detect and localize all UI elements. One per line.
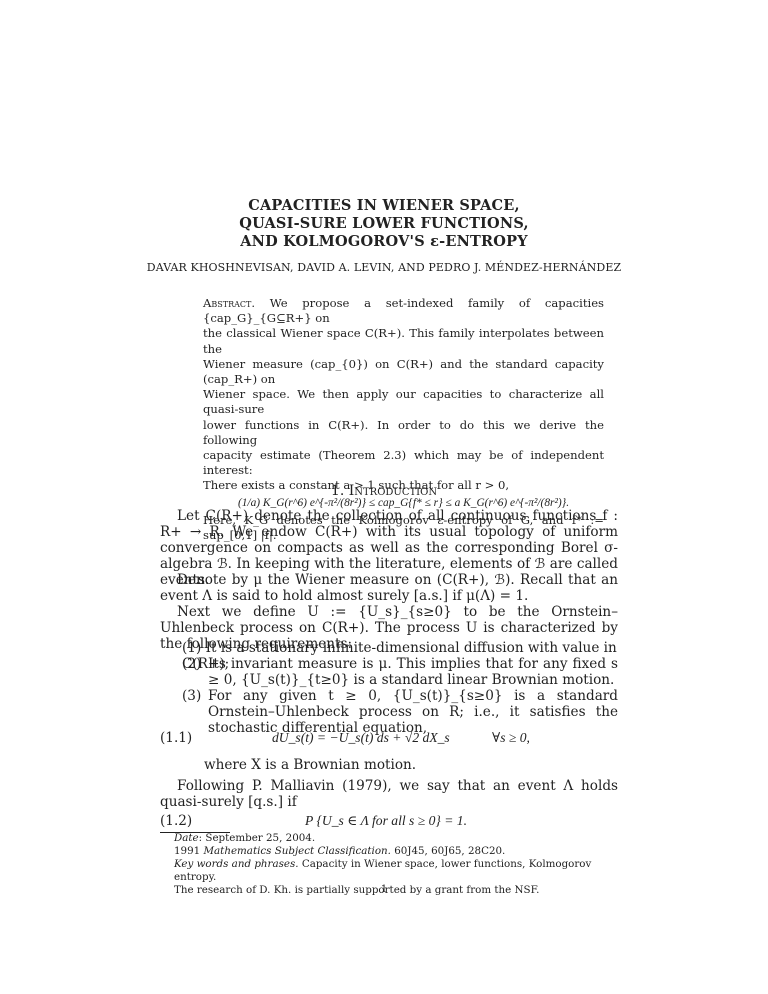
list-item-number: (3) — [182, 688, 208, 736]
footnote-msc-value: 60J45, 60J65, 28C20. — [394, 845, 505, 857]
list-item-number: (1) — [182, 640, 201, 656]
equation-1-1-label: (1.1) — [160, 730, 192, 746]
paragraph-2: Denote by μ the Wiener measure on (C(R+)… — [160, 572, 618, 604]
footnote-msc: 1991 Mathematics Subject Classification.… — [174, 845, 618, 858]
footnote-keywords-label: Key words and phrases. — [174, 858, 299, 870]
after-equation-text: where X is a Brownian motion. — [204, 757, 604, 773]
abstract-line: lower functions in C(R+). In order to do… — [203, 418, 604, 448]
equation-1-1-condition: ∀s ≥ 0, — [492, 730, 530, 746]
footnote-date-label: Date — [174, 832, 199, 844]
list-item-3: (3) For any given t ≥ 0, {U_s(t)}_{s≥0} … — [182, 688, 618, 736]
paper-title-line-2: QUASI-SURE LOWER FUNCTIONS, — [0, 215, 768, 233]
page-number: 1 — [0, 884, 768, 895]
footnote-date: Date: September 25, 2004. — [174, 832, 618, 845]
footnote-date-value: September 25, 2004. — [205, 832, 315, 844]
abstract-line: Wiener measure (cap_{0}) on C(R+) and th… — [203, 357, 604, 387]
equation-1-2-label: (1.2) — [160, 813, 192, 829]
section-number: 1. — [331, 483, 344, 499]
paper-title-line-1: CAPACITIES IN WIENER SPACE, — [0, 197, 768, 215]
section-heading: 1. Introduction — [0, 483, 768, 499]
footnote-msc-label: Mathematics Subject Classification. — [204, 845, 391, 857]
footnote-msc-year: 1991 — [174, 845, 200, 857]
list-item-2: (2) Its invariant measure is μ. This imp… — [182, 656, 618, 688]
list-item-text: For any given t ≥ 0, {U_s(t)}_{s≥0} is a… — [208, 688, 618, 736]
abstract-line: Abstract. We propose a set-indexed famil… — [203, 296, 604, 326]
paper-title-line-3: AND KOLMOGOROV'S ε-ENTROPY — [0, 233, 768, 251]
equation-1-1: dU_s(t) = −U_s(t) ds + √2 dX_s — [272, 730, 450, 746]
footnote-keywords: Key words and phrases. Capacity in Wiene… — [174, 858, 618, 884]
paragraph-4: Following P. Malliavin (1979), we say th… — [160, 778, 618, 810]
abstract-label: Abstract. — [203, 296, 255, 310]
equation-1-2: P {U_s ∈ Λ for all s ≥ 0} = 1. — [305, 813, 467, 829]
abstract-line: Wiener space. We then apply our capaciti… — [203, 387, 604, 417]
abstract-line: capacity estimate (Theorem 2.3) which ma… — [203, 448, 604, 478]
abstract-line: the classical Wiener space C(R+). This f… — [203, 326, 604, 356]
section-title: Introduction — [349, 483, 437, 499]
list-item-number: (2) — [182, 656, 208, 688]
abstract: Abstract. We propose a set-indexed famil… — [203, 296, 604, 543]
paper-authors: DAVAR KHOSHNEVISAN, DAVID A. LEVIN, AND … — [0, 261, 768, 274]
list-item-text: Its invariant measure is μ. This implies… — [208, 656, 618, 688]
abstract-line-text: We propose a set-indexed family of capac… — [203, 296, 604, 325]
